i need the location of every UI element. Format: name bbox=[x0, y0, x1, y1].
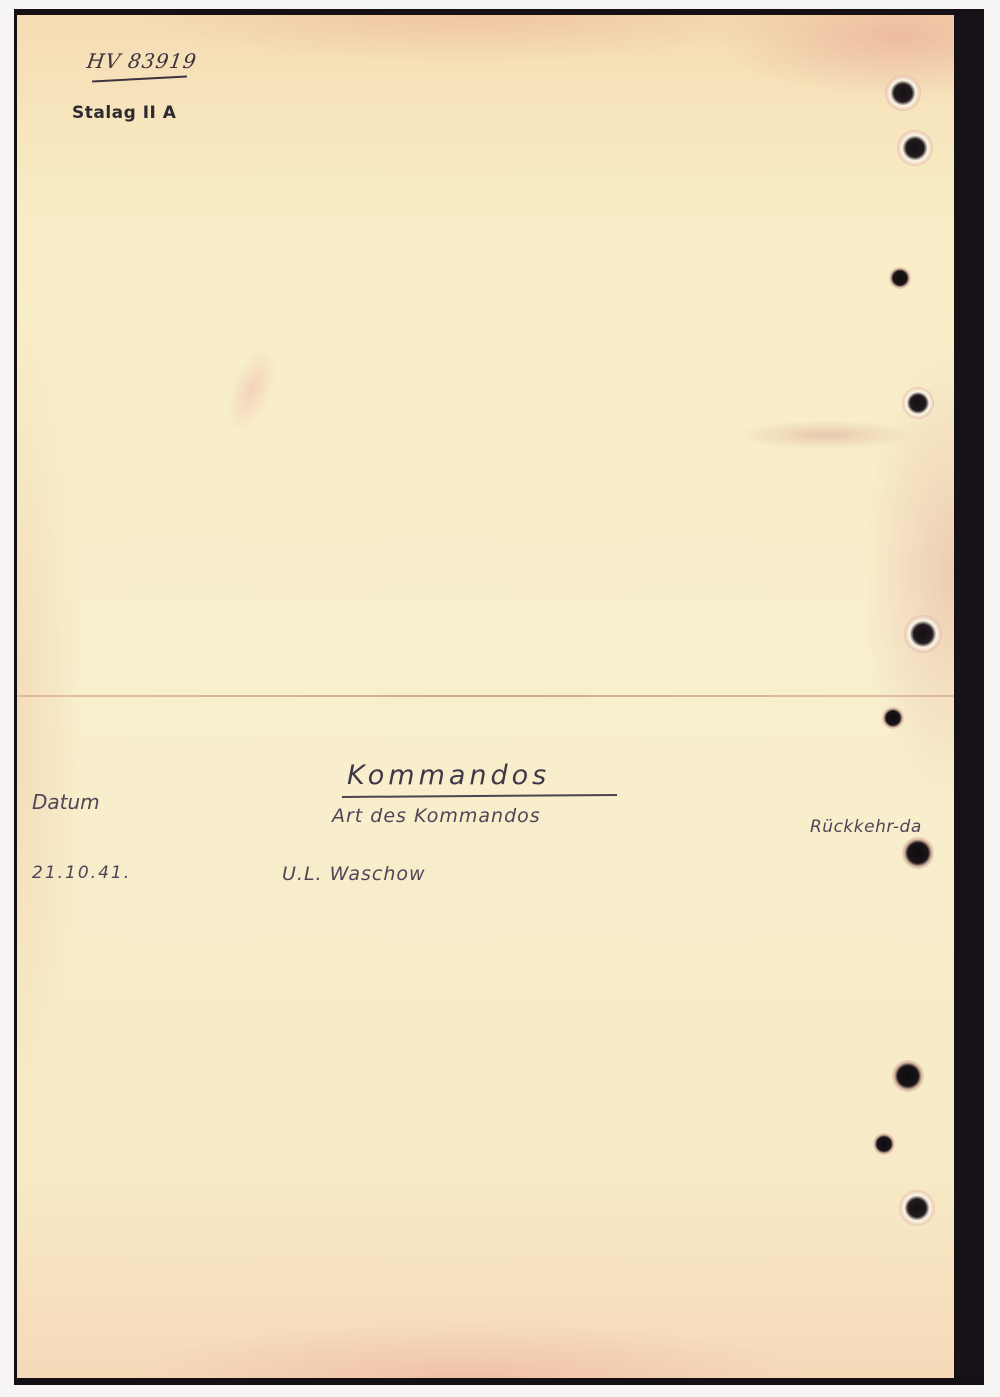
stain-mark bbox=[218, 341, 286, 439]
punch-hole-icon bbox=[882, 707, 904, 729]
punch-hole-icon bbox=[885, 75, 921, 111]
reference-underline bbox=[92, 76, 187, 83]
document-page: HV 83919 Stalag II A Kommandos Art des K… bbox=[17, 15, 954, 1378]
title-underline bbox=[342, 794, 617, 798]
punch-hole-icon bbox=[873, 1133, 895, 1155]
punch-hole-icon bbox=[904, 615, 942, 653]
column-header-kind: Art des Kommandos bbox=[332, 805, 541, 827]
stain-mark bbox=[737, 420, 917, 450]
punch-hole-icon bbox=[902, 837, 934, 869]
punch-hole-icon bbox=[897, 130, 933, 166]
punch-hole-icon bbox=[902, 387, 934, 419]
punch-hole-icon bbox=[899, 1190, 935, 1226]
reference-number: HV 83919 bbox=[85, 49, 198, 73]
entry-date: 21.10.41. bbox=[32, 863, 131, 883]
entry-kind: U.L. Waschow bbox=[282, 863, 426, 885]
column-header-date: Datum bbox=[32, 790, 100, 814]
page-title: Kommandos bbox=[347, 760, 550, 791]
scan-edge-band bbox=[954, 15, 984, 1378]
fold-line bbox=[17, 695, 954, 697]
punch-hole-icon bbox=[892, 1060, 924, 1092]
column-header-return: Rückkehr-da bbox=[810, 817, 922, 837]
punch-hole-icon bbox=[889, 267, 911, 289]
camp-stamp: Stalag II A bbox=[72, 103, 176, 123]
